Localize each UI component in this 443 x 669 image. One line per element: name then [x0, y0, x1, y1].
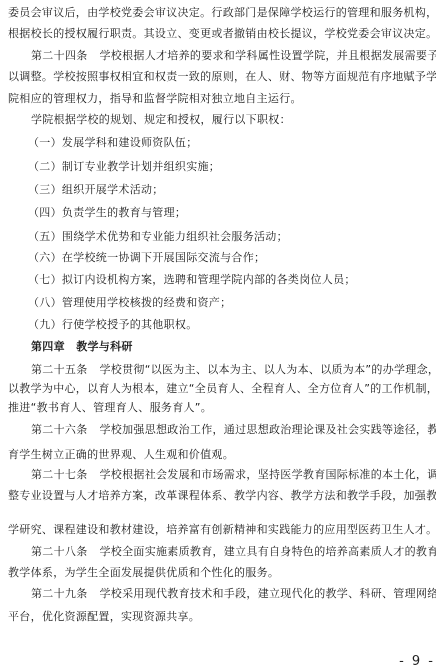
- page-number: - 9 -: [399, 652, 435, 669]
- text-line: 根据校长的授权履行职责。其设立、变更或者撤销由校长提议，学校党委会审议决定。: [8, 24, 436, 44]
- article-text: 学校根据社会发展和市场需求，坚持医学教育国际标准的本土化，调: [100, 468, 437, 481]
- article-number: 第二十九条: [31, 587, 88, 600]
- article-28: 第二十八条学校全面实施素质教育，建立具有自身特色的培养高素质人才的教育: [31, 542, 436, 562]
- article-number: 第二十七条: [31, 468, 88, 481]
- list-item: （二）制订专业教学计划并组织实施；: [28, 157, 443, 177]
- article-text: 学校全面实施素质教育，建立具有自身特色的培养高素质人才的教育: [100, 545, 437, 558]
- list-item: （七）拟订内设机构方案，选聘和管理学院内部的各类岗位人员；: [28, 270, 443, 290]
- list-item: （三）组织开展学术活动；: [28, 180, 443, 200]
- list-item: （八）管理使用学校核拨的经费和资产；: [28, 293, 443, 313]
- list-item: （六）在学校统一协调下开展国际交流与合作；: [28, 248, 443, 268]
- text-line: 教学体系，为学生全面发展提供优质和个性化的服务。: [8, 563, 436, 583]
- article-text: 学校贯彻“以医为主、以本为主、以人为本、以质为本”的办学理念，: [100, 363, 437, 376]
- article-text: 学校根据人才培养的要求和学科属性设置学院，并且根据发展需要予: [100, 49, 437, 62]
- article-24: 第二十四条学校根据人才培养的要求和学科属性设置学院，并且根据发展需要予: [31, 46, 436, 66]
- text-line: 以教学为中心，以育人为根本，建立“全员育人、全程育人、全方位育人”的工作机制，: [8, 379, 436, 399]
- text-line: 委员会审议后，由学校党委会审议决定。行政部门是保障学校运行的管理和服务机构，: [8, 3, 436, 23]
- powers-intro: 学院根据学校的规划、规定和授权，履行以下职权：: [31, 110, 436, 130]
- chapter-heading: 第四章 教学与科研: [31, 337, 436, 357]
- article-27: 第二十七条学校根据社会发展和市场需求，坚持医学教育国际标准的本土化，调: [31, 465, 436, 485]
- article-number: 第二十八条: [31, 545, 88, 558]
- text-line: 平台，优化资源配置，实现资源共享。: [8, 607, 436, 627]
- list-item: （五）围绕学术优势和专业能力组织社会服务活动；: [28, 227, 443, 247]
- article-29: 第二十九条学校采用现代教育技术和手段，建立现代化的教学、科研、管理网络: [31, 584, 436, 604]
- text-line: 院相应的管理权力，指导和监督学院相对独立地自主运行。: [8, 89, 436, 109]
- list-item: （九）行使学校授予的其他职权。: [28, 315, 443, 335]
- list-item: （四）负责学生的教育与管理；: [28, 203, 443, 223]
- article-26: 第二十六条学校加强思想政治工作，通过思想政治理论课及社会实践等途径，教: [31, 420, 436, 440]
- article-25: 第二十五条学校贯彻“以医为主、以本为主、以人为本、以质为本”的办学理念，: [31, 360, 436, 380]
- article-number: 第二十六条: [31, 423, 88, 436]
- article-number: 第二十五条: [31, 363, 88, 376]
- text-line: 整专业设置与人才培养方案，改革课程体系、教学内容、教学方法和教学手段，加强教: [8, 486, 436, 506]
- article-text: 学校加强思想政治工作，通过思想政治理论课及社会实践等途径，教: [100, 423, 437, 436]
- article-text: 学校采用现代教育技术和手段，建立现代化的教学、科研、管理网络: [100, 587, 437, 600]
- article-number: 第二十四条: [31, 49, 88, 62]
- text-line: 育学生树立正确的世界观、人生观和价值观。: [8, 445, 436, 465]
- text-line: 推进“教书育人、管理育人、服务育人”。: [8, 398, 436, 418]
- list-item: （一）发展学科和建设师资队伍；: [28, 133, 443, 153]
- text-line: 学研究、课程建设和教材建设，培养富有创新精神和实践能力的应用型医药卫生人才。: [8, 520, 436, 540]
- text-line: 以调整。学校按照事权相宜和权责一致的原则，在人、财、物等方面规范有序地赋予学: [8, 67, 436, 87]
- document-page: 委员会审议后，由学校党委会审议决定。行政部门是保障学校运行的管理和服务机构， 根…: [0, 0, 443, 669]
